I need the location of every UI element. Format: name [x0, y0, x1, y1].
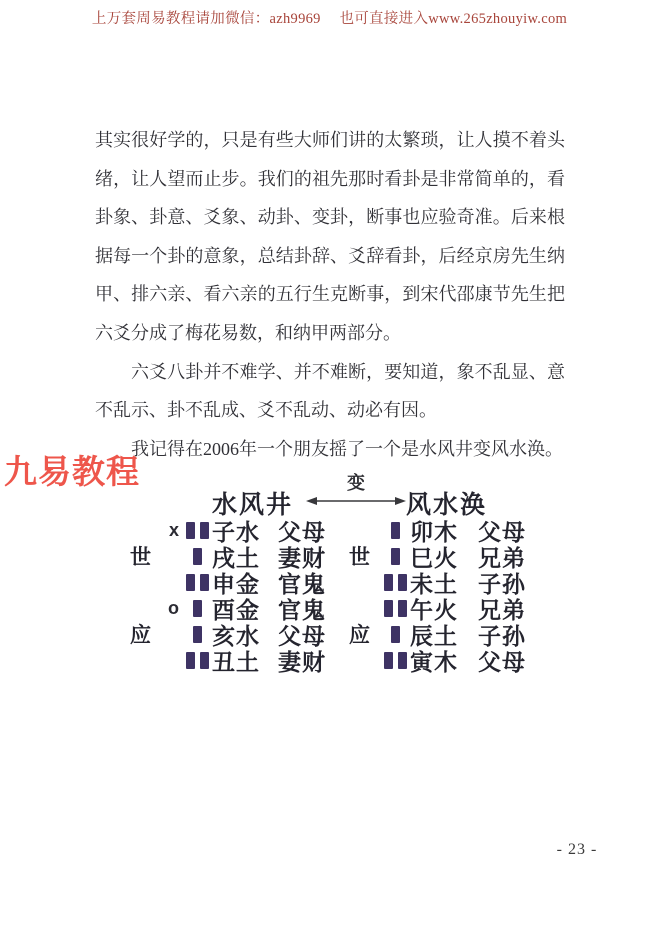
left-marker-cell	[130, 569, 182, 595]
seat-marker: 世	[349, 541, 370, 571]
yao-line-icon	[380, 621, 410, 647]
yao-line-icon	[380, 595, 410, 621]
yao-line-icon	[380, 543, 410, 569]
body-line: 绪，让人望而止步。我们的祖先那时看卦是非常简单的，看	[95, 160, 565, 199]
body-line: 据每一个卦的意象，总结卦辞、爻辞看卦，后经京房先生纳	[95, 237, 565, 276]
seat-marker: 世	[130, 541, 151, 571]
left-marker-cell: o	[130, 595, 182, 621]
page-header-text: 上万套周易教程请加微信：azh9969 也可直接进入www.265zhouyiw…	[0, 7, 659, 28]
document-page: 上万套周易教程请加微信：azh9969 也可直接进入www.265zhouyiw…	[0, 0, 659, 927]
hexagram-table: 水风井 变 风水涣 x 子水 父母 卯木 父母 世 戌土	[130, 472, 544, 673]
hexagram-title-left: 水风井	[212, 485, 293, 521]
seat-marker: 应	[349, 619, 370, 649]
left-marker-cell: 应	[130, 621, 182, 647]
change-label: 变	[347, 472, 365, 494]
moving-line-marker: x	[169, 520, 179, 541]
right-marker-cell	[344, 517, 380, 543]
yao-line-icon	[380, 647, 410, 673]
hexagram-title-row: 水风井 变 风水涣	[130, 472, 544, 517]
hexagram-row: 丑土 妻财 寅木 父母	[130, 647, 544, 673]
watermark-logo: 九易教程	[4, 446, 140, 493]
right-marker-cell	[344, 595, 380, 621]
right-marker-cell	[344, 647, 380, 673]
page-number: - 23 -	[545, 841, 609, 859]
right-marker-cell: 应	[344, 621, 380, 647]
yao-line-icon	[182, 543, 212, 569]
body-line: 其实很好学的，只是有些大师们讲的太繁琐，让人摸不着头	[95, 121, 565, 160]
seat-marker: 应	[130, 619, 151, 649]
body-text-block: 其实很好学的，只是有些大师们讲的太繁琐，让人摸不着头 绪，让人望而止步。我们的祖…	[95, 121, 565, 468]
body-line: 六爻八卦并不难学、并不难断，要知道，象不乱显、意	[95, 353, 565, 392]
right-marker-cell	[344, 569, 380, 595]
left-marker-cell: x	[130, 517, 182, 543]
body-line: 不乱示、卦不乱成、爻不乱动、动必有因。	[95, 391, 565, 430]
yao-line-icon	[182, 647, 212, 673]
right-branch: 寅木	[410, 647, 478, 673]
yao-line-icon	[380, 569, 410, 595]
left-branch: 丑土	[212, 647, 278, 673]
hexagram-title-right: 风水涣	[406, 485, 487, 521]
body-line: 甲、排六亲、看六亲的五行生克断事，到宋代邵康节先生把	[95, 275, 565, 314]
double-arrow-icon	[306, 495, 406, 507]
yao-line-icon	[182, 595, 212, 621]
yao-line-icon	[182, 517, 212, 543]
body-line: 我记得在2006年一个朋友摇了一个是水风井变风水涣。	[95, 430, 565, 469]
right-relation: 父母	[478, 647, 544, 673]
moving-line-marker: o	[168, 598, 179, 619]
yao-line-icon	[182, 569, 212, 595]
right-marker-cell: 世	[344, 543, 380, 569]
change-arrow-group: 变	[306, 472, 406, 507]
left-marker-cell	[130, 647, 182, 673]
body-line: 卦象、卦意、爻象、动卦、变卦，断事也应验奇准。后来根	[95, 198, 565, 237]
left-marker-cell: 世	[130, 543, 182, 569]
yao-line-icon	[182, 621, 212, 647]
body-line: 六爻分成了梅花易数，和纳甲两部分。	[95, 314, 565, 353]
left-relation: 妻财	[278, 647, 344, 673]
